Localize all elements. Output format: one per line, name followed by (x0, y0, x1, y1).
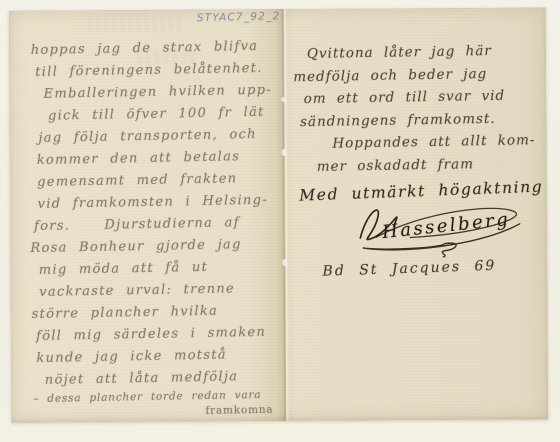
signature-name: Hasselberg (380, 209, 511, 243)
handwritten-line: Hoppandes att allt kom- (332, 129, 542, 155)
handwritten-line: vid framkomsten i Helsing- (37, 189, 281, 215)
handwritten-line: jag följa transporten, och (38, 123, 280, 149)
handwritten-line: mer oskadadt fram (317, 152, 543, 178)
letter-spread: STYAC7_92_2 hoppas jag de strax blifva t… (9, 7, 549, 422)
signature-flourish: Hasselberg (346, 189, 541, 263)
catalog-mark: STYAC7_92_2 (197, 10, 281, 24)
right-page: Qvittona låter jag här medfölja och bede… (293, 39, 545, 278)
handwritten-line: föll mig särdeles i smaken (36, 321, 284, 348)
scan-background: STYAC7_92_2 hoppas jag de strax blifva t… (0, 0, 560, 442)
fold-notch (282, 149, 287, 156)
left-page: hoppas jag de strax blifva till förening… (27, 35, 286, 421)
signature: Hasselberg (346, 189, 541, 263)
bleedthrough-smudge (89, 13, 181, 34)
fold-notch (281, 97, 286, 102)
fold-notch (282, 259, 287, 266)
